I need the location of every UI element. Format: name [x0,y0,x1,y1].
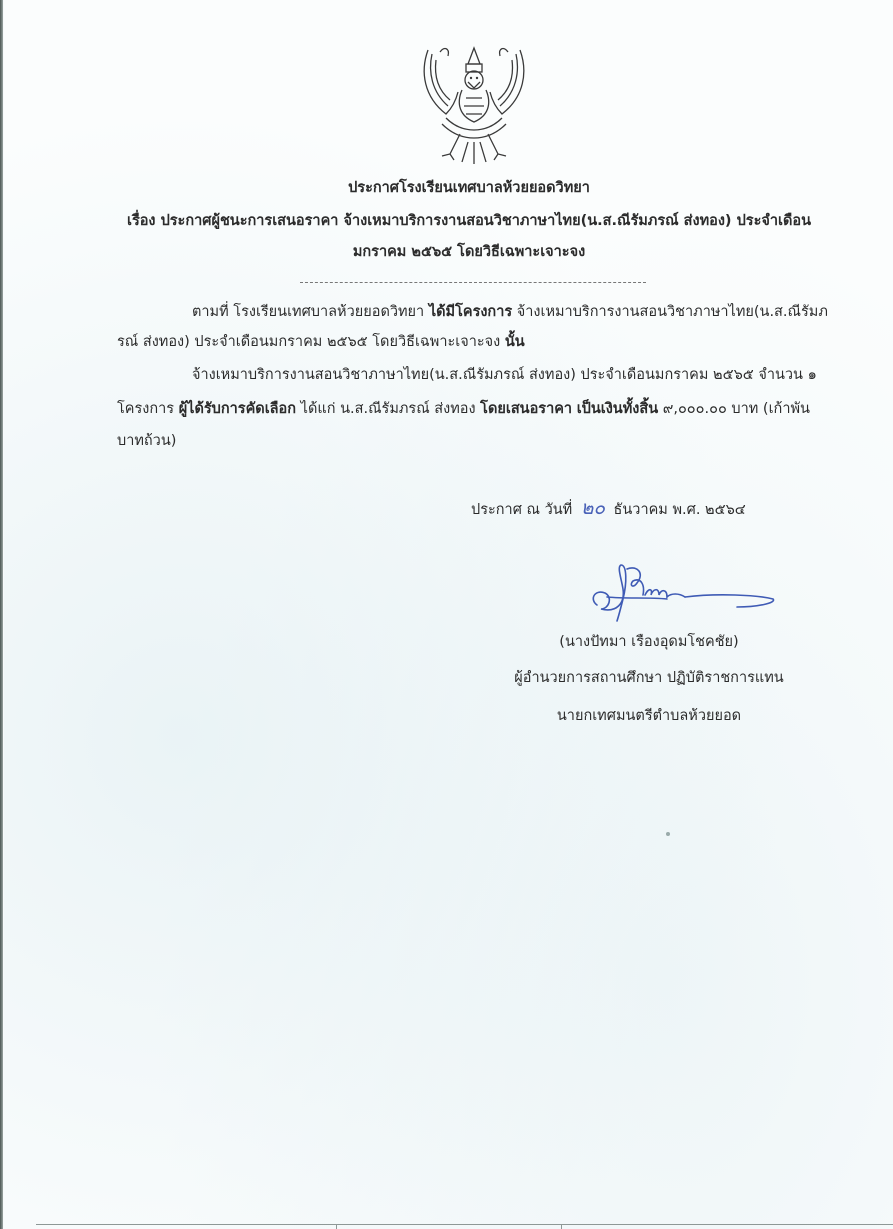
paragraph-2-line-1: จ้างเหมาบริการงานสอนวิชาภาษาไทย(น.ส.ณีรั… [192,363,817,386]
announcement-subject-line2: มกราคม ๒๕๖๕ โดยวิธีเฉพาะเจาะจง [104,240,834,263]
paragraph-1-line-2: รณ์ ส่งทอง) ประจำเดือนมกราคม ๒๕๖๕ โดยวิธ… [117,330,525,353]
signature-icon [587,563,782,623]
date-month-year: ธันวาคม พ.ศ. ๒๕๖๔ [614,502,746,518]
signatory-on-behalf-of: นายกเทศมนตรีตำบลห้วยยอด [499,704,799,727]
footer-divider [561,1224,562,1229]
footer-divider [336,1224,337,1229]
paragraph-2-line-2: โครงการ ผู้ได้รับการคัดเลือก ได้แก่ น.ส.… [117,397,810,420]
paragraph-1-line-1: ตามที่ โรงเรียนเทศบาลห้วยยอดวิทยา ได้มีโ… [192,300,828,323]
text-segment-bold: ผู้ได้รับการคัดเลือก [179,401,296,417]
handwritten-day: ๒๐ [581,497,605,519]
text-segment-bold: เป็นเงินทั้งสิ้น [577,401,658,417]
signatory-position: ผู้อำนวยการสถานศึกษา ปฏิบัติราชการแทน [499,666,799,689]
text-segment: รณ์ ส่งทอง) ประจำเดือนมกราคม ๒๕๖๕ โดยวิธ… [117,334,505,350]
date-prefix: ประกาศ ณ วันที่ [471,502,572,518]
text-segment-bold: โดยเสนอราคา [480,401,572,417]
announcement-subject: เรื่อง ประกาศผู้ชนะการเสนอราคา จ้างเหมาบ… [104,209,834,232]
paragraph-2-line-3: บาทถ้วน) [117,429,176,452]
text-segment: ๙,๐๐๐.๐๐ บาท (เก้าพัน [658,401,810,417]
text-segment-bold: ได้มีโครงการ [429,304,512,320]
announcement-title: ประกาศโรงเรียนเทศบาลห้วยยอดวิทยา [104,176,834,199]
garuda-emblem-icon [416,42,532,166]
scan-speck [666,832,670,836]
subject-text: จ้างเหมาบริการงานสอนวิชาภาษาไทย(น.ส.ณีรั… [338,213,811,229]
text-segment: จ้างเหมาบริการงานสอนวิชาภาษาไทย(น.ส.ณีรั… [512,304,828,320]
subject-label: เรื่อง ประกาศผู้ชนะการเสนอราคา [127,213,338,229]
text-segment-bold: นั้น [505,334,525,350]
text-segment: ได้แก่ น.ส.ณีรัมภรณ์ ส่งทอง [296,401,480,417]
scan-edge [0,0,3,1229]
document-page: ประกาศโรงเรียนเทศบาลห้วยยอดวิทยา เรื่อง … [4,0,893,1229]
signatory-name: (นางปัทมา เรืองอุดมโชคชัย) [499,630,799,653]
dashed-divider [300,282,646,283]
text-segment: ตามที่ โรงเรียนเทศบาลห้วยยอดวิทยา [192,304,429,320]
announcement-date: ประกาศ ณ วันที่ ๒๐ ธันวาคม พ.ศ. ๒๕๖๔ [471,493,746,523]
footer-rule [36,1224,893,1225]
text-segment: โครงการ [117,401,179,417]
